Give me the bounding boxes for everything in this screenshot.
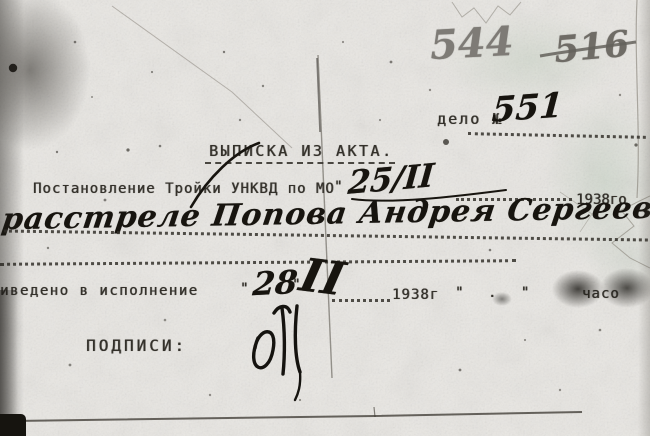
scanned-document: 544 516 дело № 551 ВЫПИСКА ИЗ АКТА. Пост… — [0, 0, 650, 436]
typed-dotted-line — [0, 247, 516, 266]
paper-bottom-edge — [14, 412, 582, 421]
scan-corner-shadow — [0, 0, 90, 150]
signatures-label: ПОДПИСИ: — [86, 336, 187, 355]
ink-smudge — [492, 292, 512, 306]
execution-typed-text: иведено в исполнение — [0, 283, 199, 299]
resolution-open-quote: " — [334, 179, 342, 195]
resolution-typed-text: Постановление Тройки УНКВД по МО — [33, 181, 335, 197]
pencil-number: 544 — [429, 18, 515, 69]
execution-open-quote: " — [240, 281, 248, 297]
scan-edge-shadow — [638, 0, 650, 436]
pencil-number-crossed-out: 516 — [552, 23, 631, 71]
ink-smudge — [552, 270, 604, 308]
typed-dotted-line — [332, 287, 390, 302]
typed-dotted-line — [468, 118, 646, 139]
execution-year-typed: 1938г — [392, 287, 439, 303]
signature-flourish — [254, 306, 301, 400]
scan-corner-black — [0, 414, 26, 436]
